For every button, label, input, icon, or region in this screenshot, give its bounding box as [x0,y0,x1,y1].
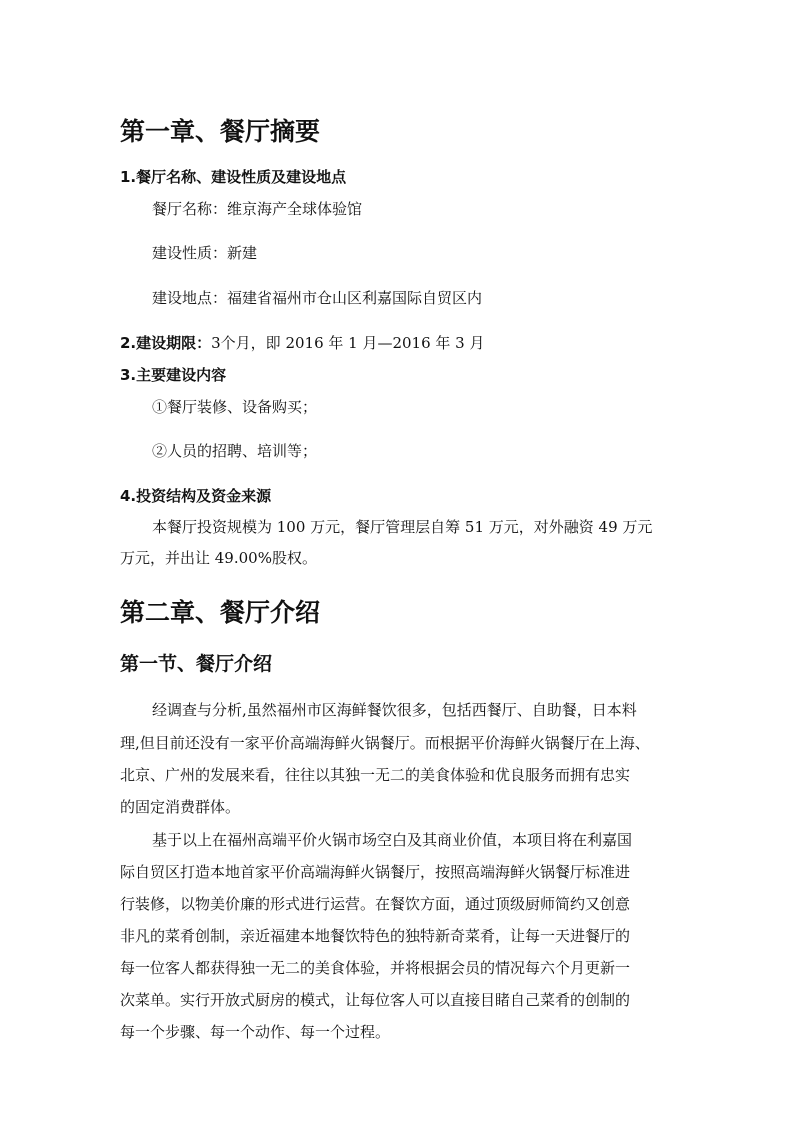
item-2-value: 3个月，即 2016 年 1 月—2016 年 3 月 [211,334,484,352]
restaurant-name-line: 餐厅名称：维京海产全球体验馆 [152,198,362,219]
item-2-label: 2.建设期限： [120,334,211,352]
paragraph-line: 每一个步骤、每一个动作、每一个过程。 [120,1021,390,1042]
paragraph-line: 的固定消费群体。 [120,796,240,817]
paragraph-line: 每一位客人都获得独一无二的美食体验，并将根据会员的情况每六个月更新一 [120,957,630,978]
construction-location-line: 建设地点：福建省福州市仓山区利嘉国际自贸区内 [152,287,482,308]
paragraph-line: 理,但目前还没有一家平价高端海鲜火锅餐厅。而根据平价海鲜火锅餐厅在上海、 [120,732,650,753]
paragraph-line: 基于以上在福州高端平价火锅市场空白及其商业价值，本项目将在利嘉国 [152,829,632,850]
paragraph-line: 行装修，以物美价廉的形式进行运营。在餐饮方面，通过顶级厨师简约又创意 [120,893,630,914]
paragraph-line: 次菜单。实行开放式厨房的模式，让每位客人可以直接目睹自己菜肴的创制的 [120,989,630,1010]
investment-line-1: 本餐厅投资规模为 100 万元，餐厅管理层自筹 51 万元，对外融资 49 万元 [152,516,652,537]
content-line-2: ②人员的招聘、培训等； [152,440,317,461]
chapter-2-title: 第二章、餐厅介绍 [120,593,320,629]
paragraph-line: 北京、广州的发展来看，往往以其独一无二的美食体验和优良服务而拥有忠实 [120,764,630,785]
item-3-heading: 3.主要建设内容 [120,364,226,385]
construction-nature-line: 建设性质：新建 [152,242,257,263]
section-1-title: 第一节、餐厅介绍 [120,649,272,676]
paragraph-line: 际自贸区打造本地首家平价高端海鲜火锅餐厅，按照高端海鲜火锅餐厅标准进 [120,861,630,882]
item-2-line: 2.建设期限：3个月，即 2016 年 1 月—2016 年 3 月 [120,332,485,353]
paragraph-line: 经调查与分析,虽然福州市区海鲜餐饮很多，包括西餐厅、自助餐，日本料 [152,699,637,720]
investment-line-2: 万元，并出让 49.00%股权。 [120,547,317,568]
item-4-heading: 4.投资结构及资金来源 [120,485,271,506]
item-1-heading: 1.餐厅名称、建设性质及建设地点 [120,166,346,187]
chapter-1-title: 第一章、餐厅摘要 [120,112,320,148]
paragraph-line: 非凡的菜肴创制，亲近福建本地餐饮特色的独特新奇菜肴，让每一天进餐厅的 [120,925,630,946]
content-line-1: ①餐厅装修、设备购买； [152,396,317,417]
